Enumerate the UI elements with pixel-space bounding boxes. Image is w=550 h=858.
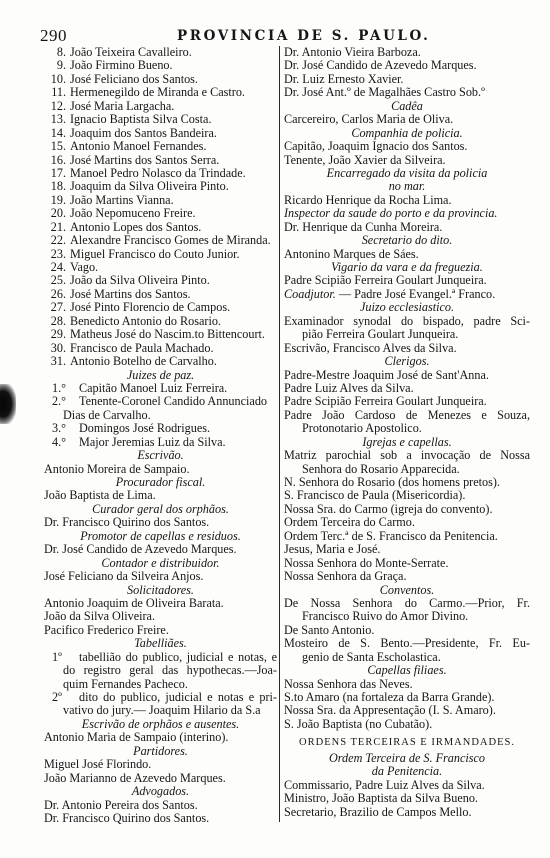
list-entry: 17.Manoel Pedro Nolasco da Trindade. [44,167,277,180]
entry-text: João Marianno de Azevedo Marques. [44,772,277,785]
section-heading: no mar. [284,180,530,193]
entry-text: dito do publico, judicial e notas e pri- [79,690,277,704]
section-heading: Partidores. [44,745,277,758]
list-entry: 1.°Capitão Manoel Luiz Ferreira. [44,382,277,395]
entry-text: Escrivão, Francisco Alves da Silva. [284,342,530,355]
entry-text: Tenente-Coronel Candido Annunciado [79,394,267,408]
entry-text: Mosteiro de S. Bento.—Presidente, Fr. Eu… [284,637,530,650]
list-entry: 14.Joaquim dos Santos Bandeira. [44,127,277,140]
entry-text: S. João Baptista (no Cubatão). [284,718,530,731]
entry-text: Antonio Lopes dos Santos. [70,220,201,234]
entry-text: Dr. Luiz Ernesto Xavier. [284,73,530,86]
entry-text: Capitão, Joaquim Ignacio dos Santos. [284,140,530,153]
entry-continuation: genio de Santa Escholastica. [284,651,530,664]
section-heading: Inspector da saude do porto e da provinc… [284,207,530,220]
entry-text: Dr. José Ant.º de Magalhães Castro Sob.º [284,86,530,99]
list-entry: 27.José Pinto Florencio de Campos. [44,301,277,314]
entry-text: Antonio Botelho de Carvalho. [70,354,217,368]
entry-text: Nossa Senhora do Monte-Serrate. [284,557,530,570]
entry-text: José Martins dos Santos. [70,287,191,301]
entry-text: Dr. Antonio Pereira dos Santos. [44,799,277,812]
entry-text: Dr. Henrique da Cunha Moreira. [284,221,530,234]
entry-text: Ignacio Baptista Silva Costa. [70,112,212,126]
entry-text: João da Silva Oliveira. [44,610,277,623]
list-entry: 28.Benedicto Antonio do Rosario. [44,315,277,328]
list-entry: 2ºdito do publico, judicial e notas e pr… [44,691,277,704]
entry-number: 10. [44,73,66,86]
entry-text: Padre João Cardoso de Menezes e Souza, [284,409,530,422]
entry-text: Francisco de Paula Machado. [70,341,214,355]
entry-text: S. Francisco de Paula (Misericordia). [284,489,530,502]
entry-number: 14. [44,127,66,140]
section-heading: Clerigos. [284,355,530,368]
entry-text: Antonio Joaquim de Oliveira Barata. [44,597,277,610]
entry-text: João da Silva Oliveira Pinto. [70,273,210,287]
list-entry: 13.Ignacio Baptista Silva Costa. [44,113,277,126]
page-header: 290 PROVINCIA DE S. PAULO. [40,26,530,44]
entry-text: Tenente, João Xavier da Silveira. [284,154,530,167]
section-heading: Ordem Terceira de S. Francisco [284,752,530,765]
entry-number: 20. [44,207,66,220]
entry-number: 4.° [44,436,76,449]
entry-continuation: Senhora do Rosario Apparecida. [284,463,530,476]
entry-text: Matriz parochial sob a invocação de Noss… [284,449,530,462]
section-heading: Escrivão. [44,449,277,462]
list-entry: 29.Matheus José do Nascim.to Bittencourt… [44,328,277,341]
entry-text: Examinador synodal do bispado, padre Sci… [284,315,530,328]
entry-text: Ricardo Henrique da Rocha Lima. [284,194,530,207]
entry-text: Ministro, João Baptista da Silva Bueno. [284,792,530,805]
entry-text: Joaquim dos Santos Bandeira. [70,126,217,140]
section-heading: Companhia de policia. [284,127,530,140]
entry-number: 15. [44,140,66,153]
section-heading: Encarregado da visita da policia [284,167,530,180]
entry-number: 21. [44,221,66,234]
entry-number: 3.° [44,422,76,435]
section-heading: Advogados. [44,785,277,798]
list-entry: 12.José Maria Largacha. [44,100,277,113]
entry-continuation: Dias de Carvalho. [44,409,277,422]
list-entry: 1ºtabellião do publico, judicial e notas… [44,651,277,664]
list-entry: 23.Miguel Francisco do Couto Junior. [44,248,277,261]
list-entry: 25.João da Silva Oliveira Pinto. [44,274,277,287]
section-heading: Juizo ecclesiastico. [284,301,530,314]
entry-text: João Firmino Bueno. [70,58,173,72]
section-heading: Secretario do dito. [284,234,530,247]
entry-number: 8. [44,46,66,59]
entry-text: Matheus José do Nascim.to Bittencourt. [70,327,265,341]
list-entry: 16.José Martins dos Santos Serra. [44,154,277,167]
scanned-page: 290 PROVINCIA DE S. PAULO. 8.João Teixei… [0,0,550,858]
list-entry: 26.José Martins dos Santos. [44,288,277,301]
list-entry: 3.°Domingos José Rodrigues. [44,422,277,435]
list-entry: 31.Antonio Botelho de Carvalho. [44,355,277,368]
entry-text: Benedicto Antonio do Rosario. [70,314,221,328]
list-entry: 18.Joaquim da Silva Oliveira Pinto. [44,180,277,193]
entry-text: Nossa Sra. da Appresentação (I. S. Amaro… [284,704,530,717]
entry-text: João Nepomuceno Freire. [70,206,196,220]
list-entry: 20.João Nepomuceno Freire. [44,207,277,220]
entry-text: Antonio Moreira de Sampaio. [44,463,277,476]
entry-number: 2.° [44,395,76,408]
entry-text: João Baptista de Lima. [44,489,277,502]
entry-number: 22. [44,234,66,247]
list-entry: 22.Alexandre Francisco Gomes de Miranda. [44,234,277,247]
entry-text: De Nossa Senhora do Carmo.—Prior, Fr. [284,597,530,610]
entry-number: 23. [44,248,66,261]
entry-number: 31. [44,355,66,368]
section-title: ORDENS TERCEIRAS E IRMANDADES. [284,736,530,749]
entry-text: Dr. Francisco Quirino dos Santos. [44,516,277,529]
entry-text: Dr. Antonio Vieira Barboza. [284,46,530,59]
entry-text: Capitão Manoel Luiz Ferreira. [79,381,227,395]
entry-text: Miguel Francisco do Couto Junior. [70,247,240,261]
list-entry: 8.João Teixeira Cavalleiro. [44,46,277,59]
entry-text: Domingos José Rodrigues. [79,421,210,435]
entry-text: Commissario, Padre Luiz Alves da Silva. [284,779,530,792]
left-column: 8.João Teixeira Cavalleiro.9.João Firmin… [44,46,277,825]
entry-continuation: quim Fernandes Pacheco. [44,678,277,691]
entry-number: 19. [44,194,66,207]
entry-text: João Martins Vianna. [70,193,174,207]
entry-continuation: do registro geral das hypothecas.—Joa- [44,664,277,677]
entry-text: José Pinto Florencio de Campos. [70,300,230,314]
entry-text: Nossa Senhora das Neves. [284,678,530,691]
entry-text: Dr. José Candido de Azevedo Marques. [44,543,277,556]
section-heading: Conventos. [284,584,530,597]
section-heading: Escrivão de orphãos e ausentes. [44,718,277,731]
entry-text: Vago. [70,260,98,274]
entry-number: 27. [44,301,66,314]
entry-text: Ordem Terceira do Carmo. [284,516,530,529]
section-heading: Tabelliães. [44,637,277,650]
entry-number: 28. [44,315,66,328]
entry-text: S.to Amaro (na fortaleza da Barra Grande… [284,691,530,704]
list-entry: 21.Antonio Lopes dos Santos. [44,221,277,234]
entry-text: tabellião do publico, judicial e notas, … [79,650,277,664]
entry-number: 12. [44,100,66,113]
entry-text: Coadjutor. — Padre José Evangel.ª Franco… [284,288,530,301]
entry-continuation: vativo do jury.— Joaquim Hilario da S.a [44,704,277,717]
list-entry: 11.Hermenegildo de Miranda e Castro. [44,86,277,99]
list-entry: 4.°Major Jeremias Luiz da Silva. [44,436,277,449]
list-entry: 24.Vago. [44,261,277,274]
entry-text: Padre-Mestre Joaquim José de Sant'Anna. [284,369,530,382]
section-heading: Promotor de capellas e residuos. [44,530,277,543]
section-heading: Procurador fiscal. [44,476,277,489]
entry-text: Alexandre Francisco Gomes de Miranda. [70,233,271,247]
section-heading: Juizes de paz. [44,369,277,382]
list-entry: 10.José Feliciano dos Santos. [44,73,277,86]
entry-role: Coadjutor. [284,287,336,301]
entry-text: Padre Luiz Alves da Silva. [284,382,530,395]
entry-text: Pacifico Frederico Freire. [44,624,277,637]
entry-number: 26. [44,288,66,301]
entry-text: José Maria Largacha. [70,99,174,113]
entry-number: 17. [44,167,66,180]
section-heading: Capellas filiaes. [284,664,530,677]
page-number: 290 [40,26,67,46]
section-heading: Solicitadores. [44,584,277,597]
section-heading: Igrejas e capellas. [284,436,530,449]
entry-text: Major Jeremias Luiz da Silva. [79,435,226,449]
section-heading: Contador e distribuidor. [44,557,277,570]
section-heading: Cadêa [284,100,530,113]
entry-text: Carcereiro, Carlos Maria de Oliva. [284,113,530,126]
entry-text: Miguel José Florindo. [44,758,277,771]
entry-continuation: Francisco Ruivo do Amor Divino. [284,610,530,623]
entry-number: 1.° [44,382,76,395]
entry-number: 2º [44,691,76,704]
section-heading: da Penitencia. [284,765,530,778]
entry-name: — Padre José Evangel.ª Franco. [336,287,495,301]
section-heading: Vigario da vara e da freguezia. [284,261,530,274]
entry-number: 30. [44,342,66,355]
entry-number: 29. [44,328,66,341]
entry-continuation: pião Ferreira Goulart Junqueira. [284,328,530,341]
entry-number: 13. [44,113,66,126]
section-heading: Curador geral dos orphãos. [44,503,277,516]
running-title: PROVINCIA DE S. PAULO. [177,28,430,44]
list-entry: 15.Antonio Manoel Fernandes. [44,140,277,153]
entry-text: De Santo Antonio. [284,624,530,637]
entry-number: 11. [44,86,66,99]
entry-text: Nossa Senhora da Graça. [284,570,530,583]
entry-text: Antonio Manoel Fernandes. [70,139,206,153]
entry-text: José Feliciano dos Santos. [70,72,198,86]
entry-text: Antonio Maria de Sampaio (interino). [44,731,277,744]
entry-text: Dr. José Candido de Azevedo Marques. [284,59,530,72]
entry-text: Manoel Pedro Nolasco da Trindade. [70,166,246,180]
entry-text: João Teixeira Cavalleiro. [70,45,192,59]
entry-number: 16. [44,154,66,167]
entry-text: Joaquim da Silva Oliveira Pinto. [70,179,229,193]
entry-continuation: Protonotario Apostolico. [284,422,530,435]
entry-text: Jesus, Maria e José. [284,543,530,556]
entry-number: 24. [44,261,66,274]
list-entry: 19.João Martins Vianna. [44,194,277,207]
entry-number: 9. [44,59,66,72]
list-entry: 9.João Firmino Bueno. [44,59,277,72]
list-entry: 30.Francisco de Paula Machado. [44,342,277,355]
entry-text: Dr. Francisco Quirino dos Santos. [44,812,277,825]
entry-text: Secretario, Brazilio de Campos Mello. [284,806,530,819]
entry-text: José Feliciano da Silveira Anjos. [44,570,277,583]
entry-text: N. Senhora do Rosario (dos homens pretos… [284,476,530,489]
entry-text: Padre Scipião Ferreira Goulart Junqueira… [284,274,530,287]
right-column: Dr. Antonio Vieira Barboza.Dr. José Cand… [284,46,530,819]
column-divider [279,46,280,822]
entry-text: Hermenegildo de Miranda e Castro. [70,85,245,99]
entry-text: Padre Scipião Ferreira Goulart Junqueira… [284,395,530,408]
list-entry: 2.°Tenente-Coronel Candido Annunciado [44,395,277,408]
entry-text: Nossa Sra. do Carmo (igreja do convento)… [284,503,530,516]
entry-text: Antonino Marques de Sáes. [284,248,530,261]
ink-blot [0,384,16,424]
entry-text: Ordem Terc.ª de S. Francisco da Penitenc… [284,530,530,543]
entry-text: José Martins dos Santos Serra. [70,153,219,167]
entry-number: 1º [44,651,76,664]
entry-number: 25. [44,274,66,287]
entry-number: 18. [44,180,66,193]
